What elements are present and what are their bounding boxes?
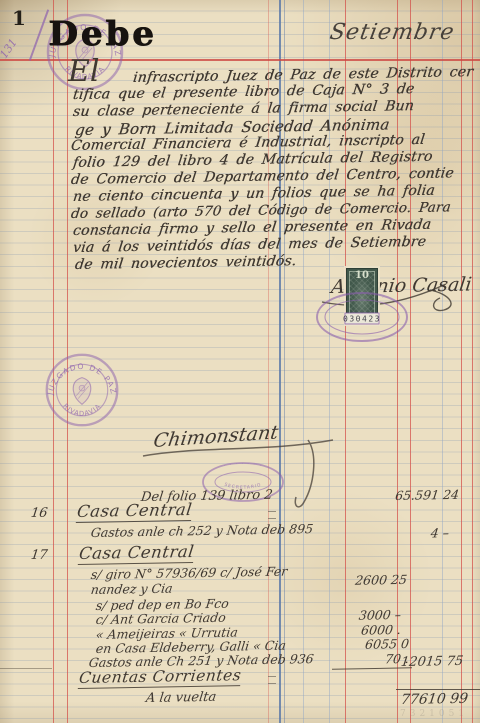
- month-heading: Setiembre: [328, 20, 457, 45]
- footer-total: 77610 99: [400, 691, 464, 708]
- pencil-check-note: 7321051: [400, 709, 468, 719]
- svg-text:· · · · · · ·: · · · · · · ·: [223, 462, 262, 470]
- entry-day: 16: [30, 506, 48, 521]
- serial-oval-stamp: · · · · · · · 030423: [312, 290, 412, 344]
- juzgado-de-paz-stamp: JUZGADO DE PAZ RIVADAVIA: [42, 350, 122, 430]
- account-name: Cuentas Corrientes: [78, 666, 242, 687]
- entry-amount: 6055 0: [350, 636, 410, 652]
- entry-total: 4 –: [398, 525, 450, 541]
- entry-line: s/ giro N° 57936/69 c/ José Fer: [90, 564, 288, 582]
- account-name: Casa Central: [76, 500, 193, 521]
- entry-line: nandez y Cia: [90, 581, 174, 597]
- column-sum-line: [0, 668, 52, 669]
- ruling-line: [442, 0, 443, 723]
- pencil-equals-mark: [268, 676, 276, 684]
- entry-day: 17: [30, 548, 48, 563]
- revenue-serial-number: 030423: [343, 315, 381, 324]
- pencil-equals-mark: [268, 511, 276, 519]
- ruling-line: [461, 0, 462, 723]
- secretary-signature: Chimonstant: [152, 421, 280, 452]
- entry-amount: 2600 25: [342, 572, 408, 588]
- revenue-stamp-value: 10: [347, 270, 377, 281]
- certification-initial: El: [68, 54, 100, 89]
- entry-amount: 3000 –: [342, 607, 402, 623]
- page-title-debe: Debe: [48, 14, 157, 54]
- margin-annotation: 131: [0, 36, 20, 61]
- carry-forward-amount: 65.591 24: [394, 487, 460, 503]
- account-name: Casa Central: [78, 542, 195, 563]
- ledger-page: 1 131 JUZGADO DE PAZ RIVADAVIA Debe Seti…: [0, 0, 480, 723]
- folio-number: 1: [12, 6, 26, 30]
- certification-line: de mil novecientos veintidós.: [74, 253, 297, 273]
- footer-label: A la vuelta: [145, 690, 217, 706]
- oval-stamp-arc-text: · · · · · · ·: [223, 462, 262, 470]
- ruling-line: [472, 0, 473, 723]
- crest-icon: [73, 378, 91, 405]
